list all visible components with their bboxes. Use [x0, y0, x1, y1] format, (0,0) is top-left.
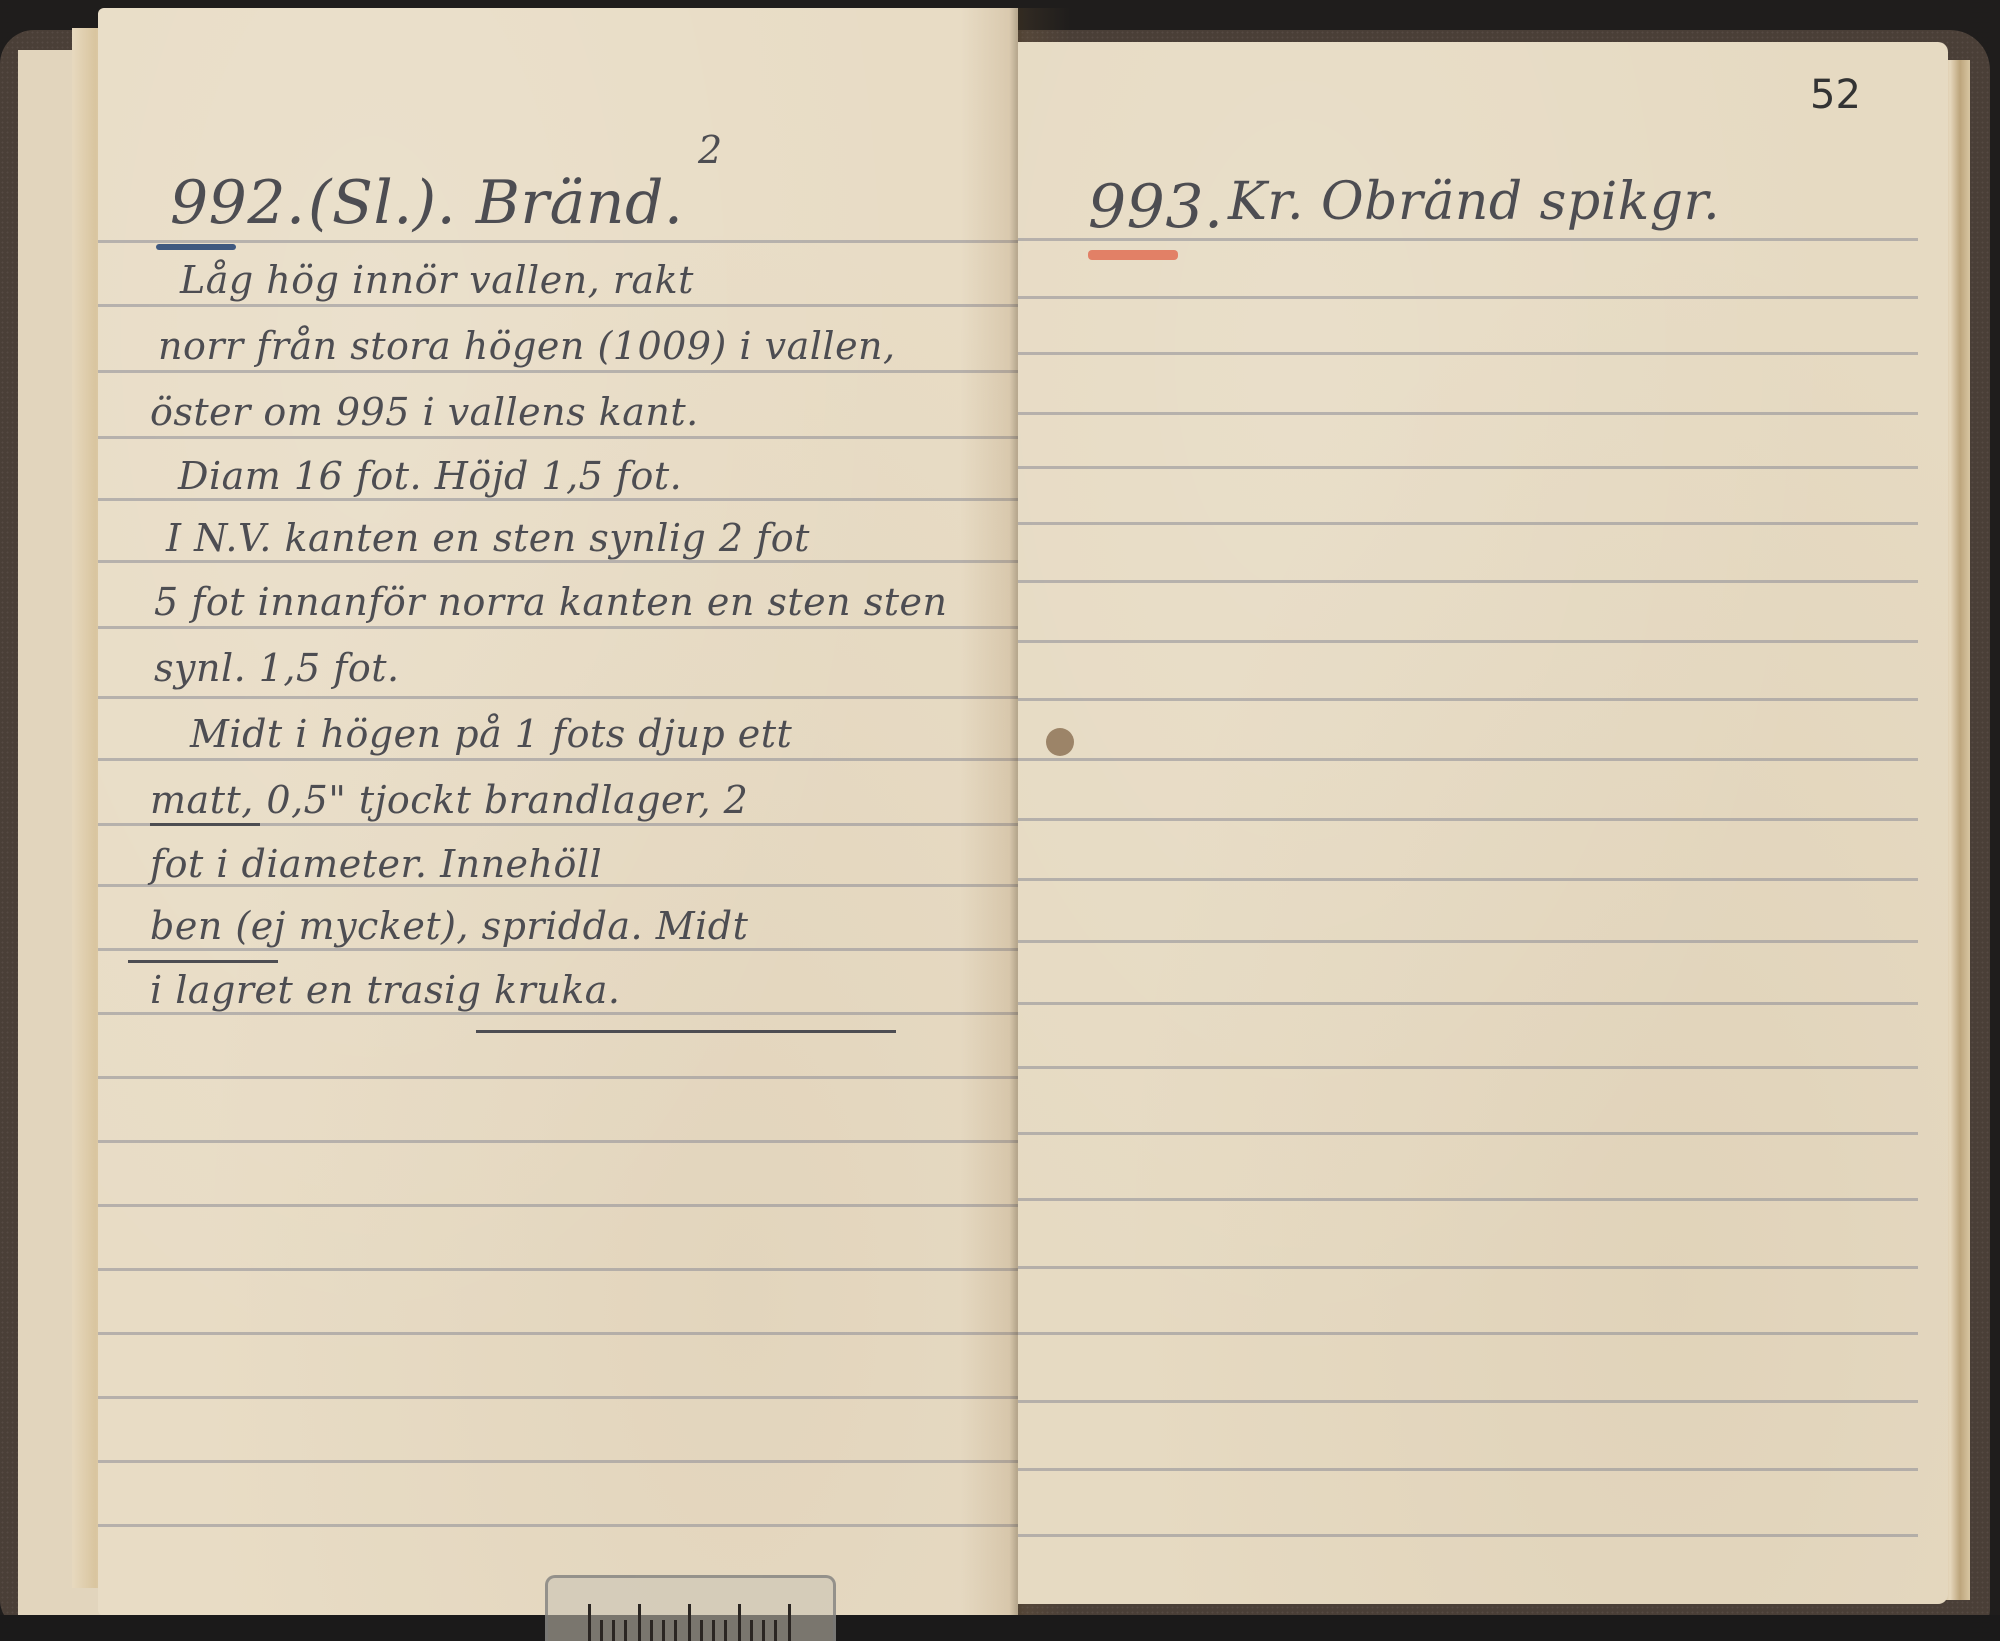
ruler-tick — [650, 1620, 653, 1641]
background-strip — [0, 1615, 2000, 1641]
ruler-tick — [724, 1620, 727, 1641]
text-line-9: matt, 0,5" tjockt brandlager, 2 — [150, 778, 748, 822]
ruled-line — [98, 498, 1018, 501]
ruled-line — [1018, 1468, 1918, 1471]
ruled-line — [1018, 296, 1918, 299]
ruler-tick — [612, 1620, 615, 1641]
ruler-tick — [774, 1620, 777, 1641]
text-line-7: synl. 1,5 fot. — [154, 646, 400, 690]
text-line-6: 5 fot innanför norra kanten en sten sten — [154, 580, 947, 624]
ruled-line — [98, 948, 1018, 951]
ruled-line — [1018, 352, 1918, 355]
ruler-tick — [600, 1620, 603, 1641]
ruled-line — [98, 1140, 1018, 1143]
text-line-2: norr från stora högen (1009) i vallen, — [158, 324, 896, 368]
ruler-tick — [712, 1620, 715, 1641]
scale-ruler — [545, 1575, 836, 1641]
ruled-line — [1018, 580, 1918, 583]
text-line-12: i lagret en trasig kruka. — [150, 968, 621, 1012]
entry-heading: Kr. Obränd spikgr. — [1228, 172, 1720, 232]
ruler-tick — [638, 1604, 641, 1641]
text-line-11: ben (ej mycket), spridda. Midt — [150, 904, 748, 948]
ruled-line — [1018, 640, 1918, 643]
ruled-line — [1018, 818, 1918, 821]
text-line-5: I N.V. kanten en sten synlig 2 fot — [166, 516, 810, 560]
ruled-line — [1018, 1534, 1918, 1537]
ruler-tick — [688, 1604, 691, 1641]
ruled-line — [1018, 1266, 1918, 1269]
entry-number: 992. — [170, 168, 306, 238]
ruled-line — [98, 1524, 1018, 1527]
ruled-line — [1018, 1400, 1918, 1403]
ruled-line — [1018, 466, 1918, 469]
ruler-tick — [788, 1604, 791, 1641]
ruler-tick — [700, 1620, 703, 1641]
ruled-line — [1018, 698, 1918, 701]
ruled-line — [1018, 940, 1918, 943]
text-line-8: Midt i högen på 1 fots djup ett — [190, 712, 792, 756]
ruled-line — [98, 758, 1018, 761]
ruled-line — [1018, 1198, 1918, 1201]
ruled-line — [1018, 522, 1918, 525]
ruled-line — [1018, 1002, 1918, 1005]
red-pencil-mark — [1088, 250, 1178, 260]
left-page: 992. (Sl.). Bränd. 2 Låg hög innör valle… — [98, 8, 1018, 1616]
paper-stain — [1046, 728, 1074, 756]
ruler-tick — [674, 1620, 677, 1641]
ruled-line — [1018, 758, 1918, 761]
ruler-tick — [738, 1604, 741, 1641]
ruler-tick — [762, 1620, 765, 1641]
ruled-line — [98, 1012, 1018, 1015]
page-number: 52 — [1810, 72, 1861, 118]
entry-number: 993. — [1088, 172, 1224, 242]
underline-matt — [150, 823, 260, 826]
ruled-line — [98, 1076, 1018, 1079]
ruled-line — [98, 696, 1018, 699]
ruler-tick — [662, 1620, 665, 1641]
ruled-line — [98, 436, 1018, 439]
ruled-line — [98, 1204, 1018, 1207]
ruled-line — [1018, 1066, 1918, 1069]
text-line-10: fot i diameter. Innehöll — [150, 842, 602, 886]
ruled-line — [1018, 1132, 1918, 1135]
blue-pencil-mark — [156, 244, 236, 250]
ruler-tick — [588, 1604, 591, 1641]
ruled-line — [98, 560, 1018, 563]
ruled-line — [98, 370, 1018, 373]
ruled-line — [1018, 412, 1918, 415]
text-line-4: Diam 16 fot. Höjd 1,5 fot. — [178, 454, 682, 498]
ruled-line — [1018, 878, 1918, 881]
ruled-line — [1018, 1332, 1918, 1335]
heading-superscript: 2 — [698, 128, 723, 172]
ruled-line — [98, 1460, 1018, 1463]
ruled-line — [98, 1396, 1018, 1399]
ruler-tick — [750, 1620, 753, 1641]
underline-ben — [128, 960, 278, 963]
text-line-3: öster om 995 i vallens kant. — [150, 390, 699, 434]
ruled-line — [98, 1332, 1018, 1335]
ruled-line — [98, 304, 1018, 307]
ruler-tick — [624, 1620, 627, 1641]
right-page: 52 993. Kr. Obränd spikgr. — [1018, 42, 1948, 1604]
ruled-line — [98, 626, 1018, 629]
text-line-1: Låg hög innör vallen, rakt — [180, 258, 694, 302]
ruled-line — [98, 240, 1018, 243]
underline-trasig-kruka — [476, 1030, 896, 1033]
entry-heading: (Sl.). Bränd. — [308, 168, 684, 238]
ruled-line — [98, 1268, 1018, 1271]
